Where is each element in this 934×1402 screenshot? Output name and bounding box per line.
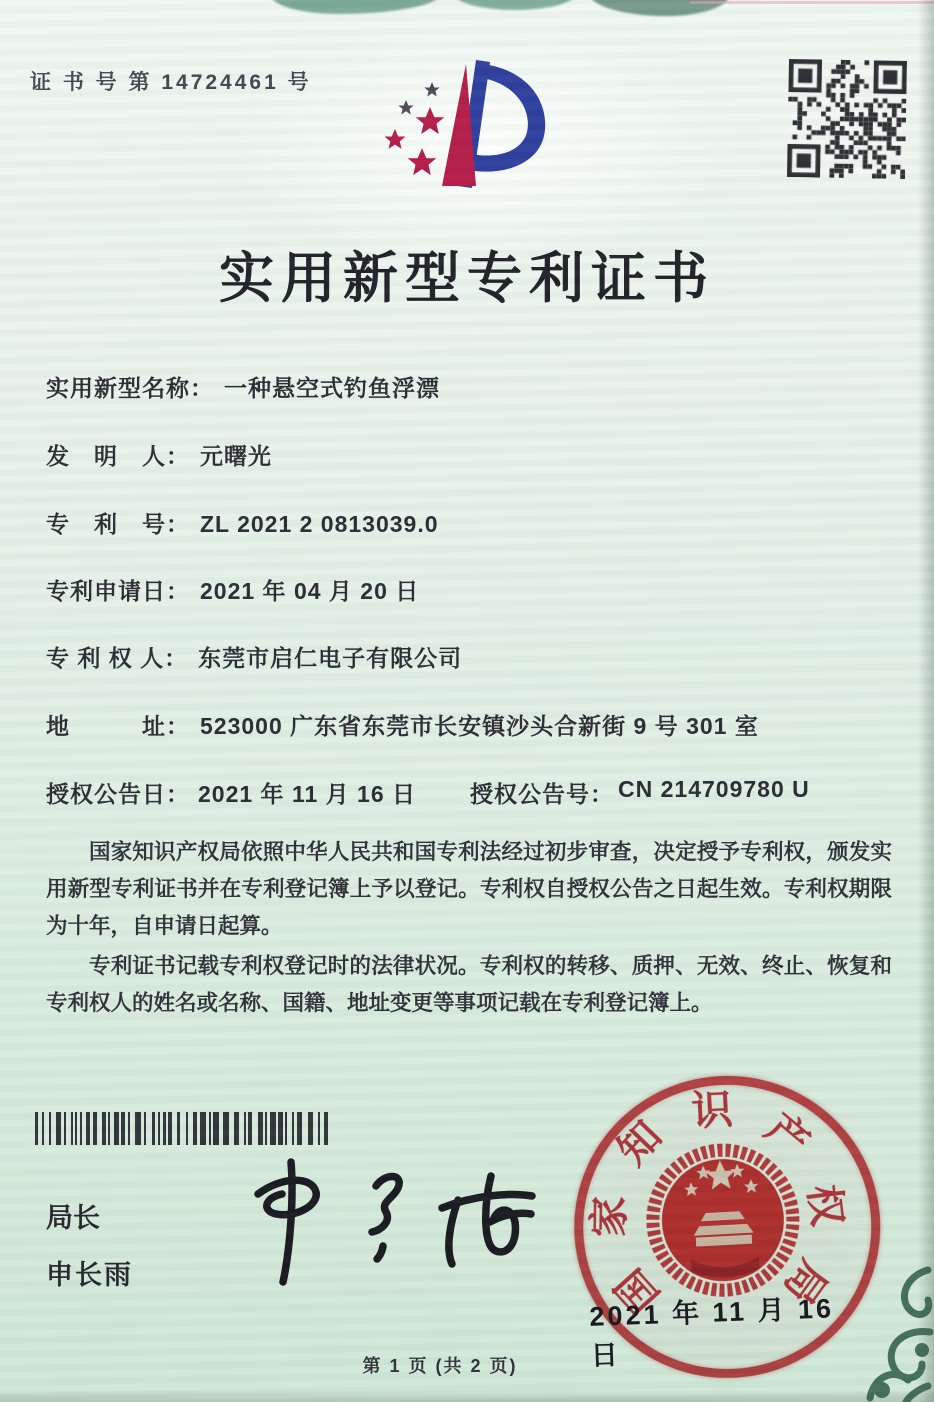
logo-star-icon xyxy=(416,107,445,134)
logo-star-icon xyxy=(398,100,413,114)
top-border-ornament xyxy=(270,0,440,14)
barcode-bar xyxy=(328,1112,331,1145)
cnipa-logo-icon xyxy=(358,50,582,218)
top-border-ornament xyxy=(455,0,575,10)
field-filing-date: 专利申请日：2021 年 04 月 20 日 xyxy=(46,573,419,606)
scan-edge-shadow xyxy=(0,1390,934,1402)
seal-character: 权 xyxy=(797,1181,861,1229)
field-label: 专 利 号： xyxy=(46,511,190,537)
seal-date: 2021 年 11 月 16 日 xyxy=(589,1285,872,1373)
field-value: 东莞市启仁电子有限公司 xyxy=(198,645,462,671)
field-label: 实用新型名称： xyxy=(46,375,214,401)
grant-date-label: 授权公告日： xyxy=(46,781,190,807)
logo-star-icon xyxy=(424,82,439,96)
legal-paragraph-2: 专利证书记载专利权登记时的法律状况。专利权的转移、质押、无效、终止、恢复和专利权… xyxy=(46,948,892,1022)
signer-block: 局长 申长雨 xyxy=(46,1196,133,1292)
field-value: 2021 年 04 月 20 日 xyxy=(200,578,419,604)
director-signature xyxy=(190,1150,570,1325)
field-utility-model-name: 实用新型名称：一种悬空式钓鱼浮漂 xyxy=(46,370,440,403)
barcode xyxy=(35,1112,333,1145)
field-patentee: 专 利 权 人：东莞市启仁电子有限公司 xyxy=(46,640,462,673)
signer-name: 申长雨 xyxy=(46,1253,133,1292)
patent-certificate-page: 证 书 号 第 14724461 号 实用新型专利证书 实用新型名称：一种悬空式… xyxy=(0,0,934,1402)
field-label: 专利申请日： xyxy=(46,578,190,604)
certificate-title: 实用新型专利证书 xyxy=(0,234,934,313)
top-edge-line xyxy=(690,1,934,4)
signer-title: 局长 xyxy=(46,1196,133,1235)
field-value: 一种悬空式钓鱼浮漂 xyxy=(224,375,440,401)
logo-star-icon xyxy=(385,129,406,149)
logo-star-icon xyxy=(408,148,437,175)
legal-paragraph-1: 国家知识产权局依照中华人民共和国专利法经过初步审查，决定授予专利权，颁发实用新型… xyxy=(46,834,892,945)
grant-row: 授权公告日： 2021 年 11 月 16 日 授权公告号： CN 214709… xyxy=(46,776,896,809)
field-inventor: 发 明 人：元曙光 xyxy=(46,438,272,471)
field-value: 523000 广东省东莞市长安镇沙头合新街 9 号 301 室 xyxy=(200,713,759,739)
logo-red-wedge xyxy=(442,64,476,186)
field-value: ZL 2021 2 0813039.0 xyxy=(200,511,439,537)
seal-character: 识 xyxy=(690,1076,734,1137)
legal-text: 国家知识产权局依照中华人民共和国专利法经过初步审查，决定授予专利权，颁发实用新型… xyxy=(46,834,892,1025)
certificate-number: 证 书 号 第 14724461 号 xyxy=(30,66,312,96)
field-patent-number: 专 利 号：ZL 2021 2 0813039.0 xyxy=(46,506,439,539)
field-label: 发 明 人： xyxy=(46,443,190,469)
national-emblem-icon xyxy=(639,1132,808,1310)
field-label: 专 利 权 人： xyxy=(46,645,188,671)
seal-character: 家 xyxy=(576,1195,636,1237)
scan-edge-shadow xyxy=(918,0,934,1402)
grant-date-value: 2021 年 11 月 16 日 xyxy=(198,776,416,809)
qr-code xyxy=(787,59,907,179)
grant-number-value: CN 214709780 U xyxy=(618,776,810,803)
grant-number-label: 授权公告号： xyxy=(470,776,614,809)
field-value: 元曙光 xyxy=(200,443,272,469)
field-label: 地 址： xyxy=(46,713,190,739)
field-address: 地 址：523000 广东省东莞市长安镇沙头合新街 9 号 301 室 xyxy=(46,708,759,741)
